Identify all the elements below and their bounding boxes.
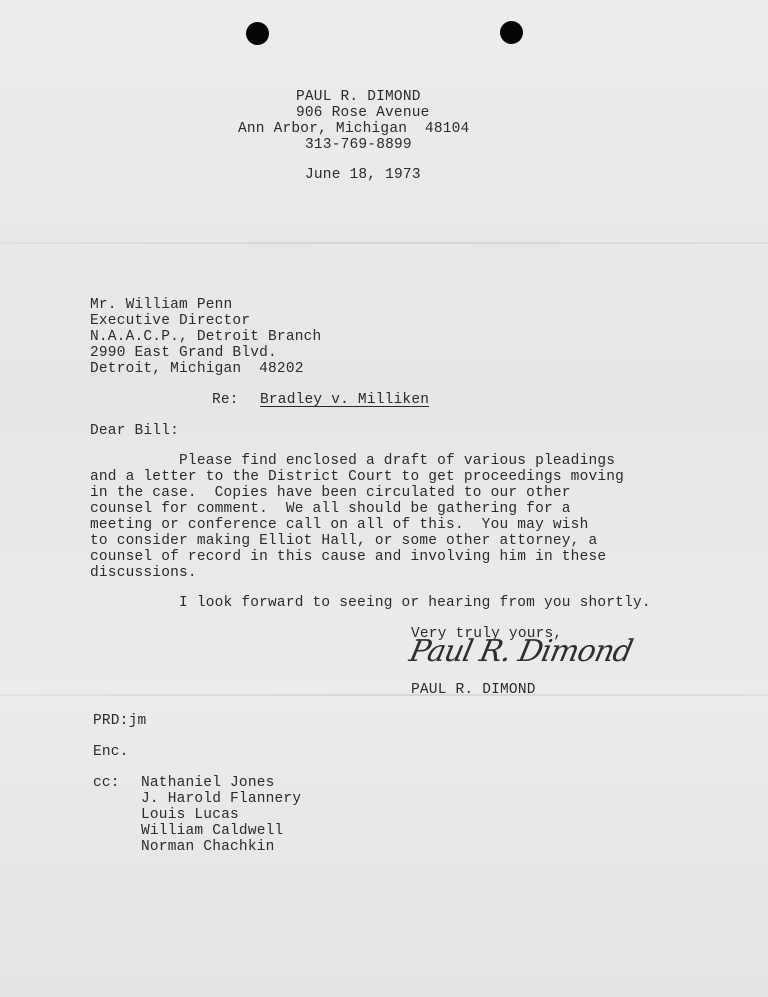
recipient-line: Detroit, Michigan 48202 <box>90 361 304 377</box>
cc-name: William Caldwell <box>141 823 283 839</box>
body-line: and a letter to the District Court to ge… <box>90 469 624 485</box>
letterhead-name: PAUL R. DIMOND <box>296 89 421 105</box>
typist-initials: PRD:jm <box>93 713 146 729</box>
cc-label: cc: <box>93 775 120 791</box>
cc-name: Norman Chachkin <box>141 839 275 855</box>
cc-name: Nathaniel Jones <box>141 775 275 791</box>
salutation: Dear Bill: <box>90 423 179 439</box>
re-label: Re: <box>212 392 239 408</box>
letter-page: PAUL R. DIMOND 906 Rose Avenue Ann Arbor… <box>0 0 768 997</box>
letterhead-phone: 313-769-8899 <box>305 137 412 153</box>
recipient-line: N.A.A.C.P., Detroit Branch <box>90 329 321 345</box>
body-line: in the case. Copies have been circulated… <box>90 485 571 501</box>
re-subject: Bradley v. Milliken <box>260 392 429 408</box>
signer-name: PAUL R. DIMOND <box>411 682 536 698</box>
letterhead-city: Ann Arbor, Michigan 48104 <box>238 121 469 137</box>
body-line: counsel of record in this cause and invo… <box>90 549 606 565</box>
body-line: I look forward to seeing or hearing from… <box>90 595 651 611</box>
fold-crease <box>0 694 768 696</box>
recipient-line: Mr. William Penn <box>90 297 232 313</box>
body-line: discussions. <box>90 565 197 581</box>
body-line: meeting or conference call on all of thi… <box>90 517 588 533</box>
body-line: counsel for comment. We all should be ga… <box>90 501 571 517</box>
letter-date: June 18, 1973 <box>305 167 421 183</box>
body-line: Please find enclosed a draft of various … <box>90 453 615 469</box>
body-line: to consider making Elliot Hall, or some … <box>90 533 597 549</box>
handwritten-signature: Paul R. Dimond <box>406 634 635 669</box>
punch-hole <box>246 22 269 45</box>
cc-name: J. Harold Flannery <box>141 791 301 807</box>
punch-hole <box>500 21 523 44</box>
recipient-line: 2990 East Grand Blvd. <box>90 345 277 361</box>
cc-name: Louis Lucas <box>141 807 239 823</box>
enclosure-notation: Enc. <box>93 744 129 760</box>
letterhead-street: 906 Rose Avenue <box>296 105 430 121</box>
fold-crease <box>0 242 768 244</box>
recipient-line: Executive Director <box>90 313 250 329</box>
